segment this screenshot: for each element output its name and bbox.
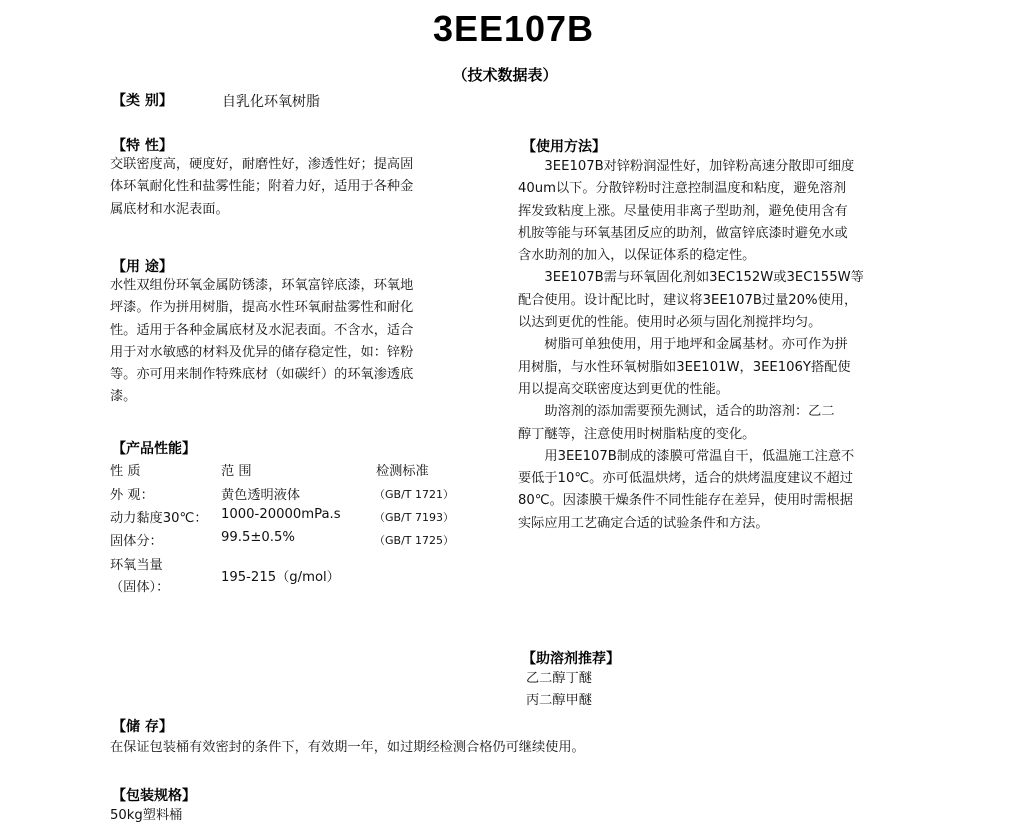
usage-paragraph: 用3EE107B制成的漆膜可常温自干，低温施工注意不 要低于10℃。亦可低温烘烤… xyxy=(518,446,908,535)
usage-line: 含水助剂的加入，以保证体系的稳定性。 xyxy=(518,245,908,267)
usage-line: 以达到更优的性能。使用时必须与固化剂搅拌均匀。 xyxy=(518,312,908,334)
features-heading: 【特 性】 xyxy=(112,135,173,155)
usage-line: 配合使用。设计配比时，建议将3EE107B过量20%使用， xyxy=(518,290,908,312)
uses-line: 水性双组份环氧金属防锈漆，环氧富锌底漆，环氧地 xyxy=(110,275,470,297)
uses-line: 漆。 xyxy=(110,386,470,408)
uses-line: 等。亦可用来制作特殊底材（如碳纤）的环氧渗透底 xyxy=(110,364,470,386)
usage-line: 用以提高交联密度达到更优的性能。 xyxy=(518,379,908,401)
property-standard: （GB/T 1721） xyxy=(374,486,454,502)
category-value: 自乳化环氧树脂 xyxy=(222,91,320,111)
column-header-property: 性 质 xyxy=(110,460,141,479)
usage-line: 3EE107B对锌粉润湿性好，加锌粉高速分散即可细度 xyxy=(518,156,908,178)
column-header-range: 范 围 xyxy=(221,460,252,479)
usage-line: 3EE107B需与环氧固化剂如3EC152W或3EC155W等 xyxy=(518,267,908,289)
property-range: 黄色透明液体 xyxy=(221,484,300,503)
packaging-text: 50kg塑料桶 xyxy=(110,805,182,827)
usage-heading: 【使用方法】 xyxy=(522,136,606,156)
usage-line: 醇丁醚等，注意使用时树脂粘度的变化。 xyxy=(518,424,908,446)
usage-line: 树脂可单独使用，用于地坪和金属基材。亦可作为拼 xyxy=(518,334,908,356)
features-text: 交联密度高，硬度好，耐磨性好，渗透性好；提高固 体环氧耐化性和盐雾性能；附着力好… xyxy=(110,154,470,221)
category-heading: 【类 别】 xyxy=(112,90,173,110)
usage-paragraph: 树脂可单独使用，用于地坪和金属基材。亦可作为拼 用树脂，与水性环氧树脂如3EE1… xyxy=(518,334,908,401)
usage-paragraph: 助溶剂的添加需要预先测试，适合的助溶剂：乙二 醇丁醚等，注意使用时树脂粘度的变化… xyxy=(518,401,908,446)
storage-heading: 【储 存】 xyxy=(112,716,173,736)
features-line: 交联密度高，硬度好，耐磨性好，渗透性好；提高固 xyxy=(110,154,470,176)
property-name: （固体）： xyxy=(110,576,169,595)
uses-line: 坪漆。作为拼用树脂，提高水性环氧耐盐雾性和耐化 xyxy=(110,297,470,319)
usage-line: 用树脂，与水性环氧树脂如3EE101W，3EE106Y搭配使 xyxy=(518,357,908,379)
property-range: 1000-20000mPa.s xyxy=(221,507,341,522)
property-range: 99.5±0.5% xyxy=(221,530,295,545)
property-name: 环氧当量 xyxy=(110,554,163,573)
usage-line: 挥发致粘度上涨。尽量使用非离子型助剂，避免使用含有 xyxy=(518,201,908,223)
uses-text: 水性双组份环氧金属防锈漆，环氧富锌底漆，环氧地 坪漆。作为拼用树脂，提高水性环氧… xyxy=(110,275,470,409)
storage-text: 在保证包装桶有效密封的条件下，有效期一年，如过期经检测合格仍可继续使用。 xyxy=(110,737,585,759)
cosolvents-list: 乙二醇丁醚 丙二醇甲醚 xyxy=(526,668,592,713)
features-line: 属底材和水泥表面。 xyxy=(110,199,470,221)
property-name: 外 观： xyxy=(110,484,154,503)
cosolvents-heading: 【助溶剂推荐】 xyxy=(522,648,620,668)
usage-paragraph: 3EE107B对锌粉润湿性好，加锌粉高速分散即可细度 40um以下。分散锌粉时注… xyxy=(518,156,908,267)
usage-line: 用3EE107B制成的漆膜可常温自干，低温施工注意不 xyxy=(518,446,908,468)
uses-line: 用于对水敏感的材料及优异的储存稳定性，如：锌粉 xyxy=(110,342,470,364)
document-subtitle: （技术数据表） xyxy=(0,64,1010,85)
usage-line: 实际应用工艺确定合适的试验条件和方法。 xyxy=(518,513,908,535)
features-line: 体环氧耐化性和盐雾性能；附着力好，适用于各种金 xyxy=(110,176,470,198)
usage-line: 要低于10℃。亦可低温烘烤，适合的烘烤温度建议不超过 xyxy=(518,468,908,490)
cosolvent-item: 乙二醇丁醚 xyxy=(526,668,592,690)
property-standard: （GB/T 1725） xyxy=(374,532,454,548)
uses-line: 性。适用于各种金属底材及水泥表面。不含水，适合 xyxy=(110,320,470,342)
usage-text: 3EE107B对锌粉润湿性好，加锌粉高速分散即可细度 40um以下。分散锌粉时注… xyxy=(518,156,908,535)
usage-line: 机胺等能与环氧基团反应的助剂，做富锌底漆时避免水或 xyxy=(518,223,908,245)
usage-paragraph: 3EE107B需与环氧固化剂如3EC152W或3EC155W等 配合使用。设计配… xyxy=(518,267,908,334)
usage-line: 40um以下。分散锌粉时注意控制温度和粘度，避免溶剂 xyxy=(518,178,908,200)
property-standard: （GB/T 7193） xyxy=(374,509,454,525)
cosolvent-item: 丙二醇甲醚 xyxy=(526,690,592,712)
property-range: 195-215（g/mol） xyxy=(221,566,340,585)
property-name: 固体分： xyxy=(110,530,163,549)
document-title: 3EE107B xyxy=(0,8,1027,50)
properties-heading: 【产品性能】 xyxy=(112,438,196,458)
usage-line: 80℃。因漆膜干燥条件不同性能存在差异，使用时需根据 xyxy=(518,490,908,512)
packaging-heading: 【包装规格】 xyxy=(112,785,196,805)
uses-heading: 【用 途】 xyxy=(112,256,173,276)
property-name: 动力黏度30℃： xyxy=(110,507,208,526)
usage-line: 助溶剂的添加需要预先测试，适合的助溶剂：乙二 xyxy=(518,401,908,423)
column-header-standard: 检测标准 xyxy=(376,460,429,479)
